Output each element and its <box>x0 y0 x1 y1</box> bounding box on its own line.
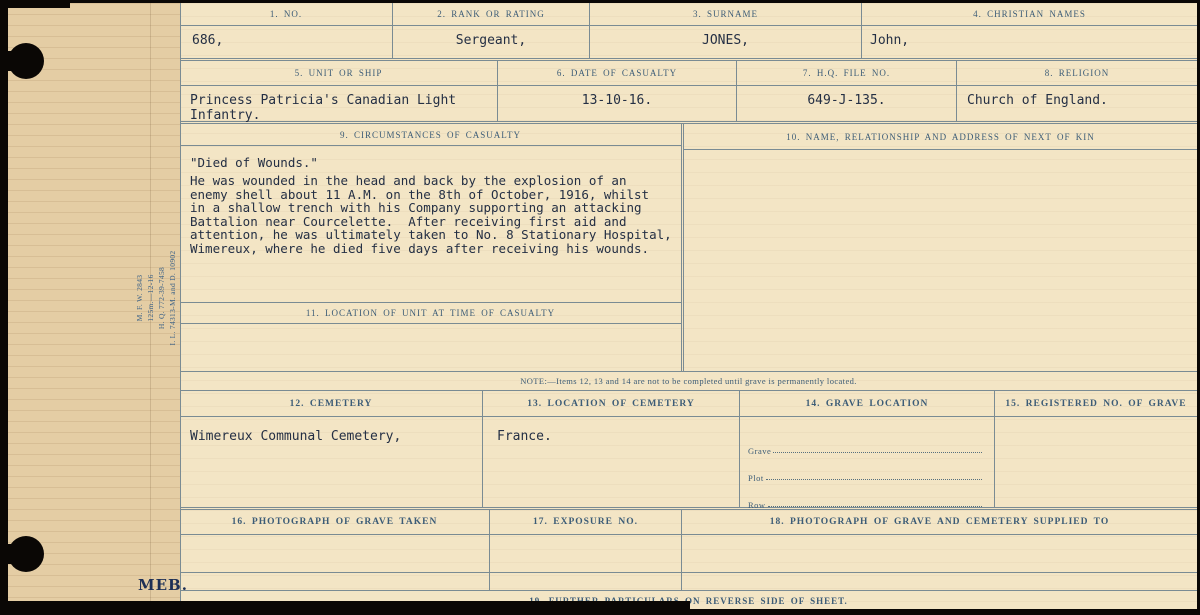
scan-border-bottom-right <box>690 609 1200 615</box>
section-circumstances-label: 9. CIRCUMSTANCES OF CASUALTY <box>180 124 681 146</box>
field-unit-value: Princess Patricia's Canadian Light Infan… <box>180 93 497 123</box>
spacer-cell <box>490 573 682 590</box>
field-no-label: 1. NO. <box>180 3 392 26</box>
grave-location-lines: Grave Plot Row <box>740 417 994 510</box>
field-religion: 8. RELIGION Church of England. <box>957 61 1197 121</box>
circumstances-text: He was wounded in the head and back by t… <box>190 174 681 256</box>
field-cemetery: 12. CEMETERY Wimereux Communal Cemetery, <box>180 391 483 507</box>
field-cemetery-location-label: 13. LOCATION OF CEMETERY <box>483 391 739 417</box>
field-hq-file-no: 7. H.Q. FILE NO. 649-J-135. <box>737 61 957 121</box>
field-surname-value: JONES, <box>590 33 861 48</box>
note-items-12-14: NOTE:—Items 12, 13 and 14 are not to be … <box>180 371 1197 391</box>
form-ref-line-2: 125m.—12-16 <box>145 243 156 353</box>
grave-line-label: Grave <box>748 446 771 456</box>
row-identity: 1. NO. 686, 2. RANK OR RATING Sergeant, … <box>180 3 1197 61</box>
section-circumstances: 9. CIRCUMSTANCES OF CASUALTY "Died of Wo… <box>180 124 684 371</box>
field-hq-file-no-value: 649-J-135. <box>737 93 956 108</box>
field-photo-supplied-to-label: 18. PHOTOGRAPH OF GRAVE AND CEMETERY SUP… <box>682 510 1197 535</box>
field-registered-grave-no-label: 15. REGISTERED NO. OF GRAVE <box>995 391 1197 417</box>
section-location-of-unit-label: 11. LOCATION OF UNIT AT TIME OF CASUALTY <box>180 302 681 324</box>
field-no-value: 686, <box>180 33 392 48</box>
plot-line-label: Plot <box>748 473 764 483</box>
scan-border-left <box>0 0 8 615</box>
field-cemetery-value: Wimereux Communal Cemetery, <box>180 429 482 444</box>
row-cemetery: 12. CEMETERY Wimereux Communal Cemetery,… <box>180 391 1197 510</box>
form-ref-line-4: I. L. 74313-M. and D. 10902 <box>167 243 178 353</box>
field-photo-supplied-to: 18. PHOTOGRAPH OF GRAVE AND CEMETERY SUP… <box>682 510 1197 572</box>
field-grave-location: 14. GRAVE LOCATION Grave Plot Row <box>740 391 995 507</box>
row-spacer <box>180 573 1197 591</box>
spacer-cell <box>180 573 490 590</box>
form-reference-lines: M. F. W. 2843 125m.—12-16 H. Q. 772-39-7… <box>134 243 178 353</box>
scan-border-top <box>0 0 1200 3</box>
field-date-of-casualty-label: 6. DATE OF CASUALTY <box>498 61 736 86</box>
punch-hole-top-stub <box>0 51 18 71</box>
field-surname: 3. SURNAME JONES, <box>590 3 862 58</box>
form-ref-line-1: M. F. W. 2843 <box>134 243 145 353</box>
field-religion-label: 8. RELIGION <box>957 61 1197 86</box>
scan-border-top-left <box>0 0 70 8</box>
form-reference-vertical-print: M. F. W. 2843 125m.—12-16 H. Q. 772-39-7… <box>134 243 178 353</box>
grave-dotted-rule <box>773 452 982 453</box>
plot-dotted-rule <box>766 479 982 480</box>
row-line: Row <box>748 483 984 510</box>
spacer-cell <box>682 573 1197 590</box>
field-religion-value: Church of England. <box>957 93 1197 108</box>
field-exposure-no: 17. EXPOSURE NO. <box>490 510 682 572</box>
field-hq-file-no-label: 7. H.Q. FILE NO. <box>737 61 956 86</box>
field-exposure-no-label: 17. EXPOSURE NO. <box>490 510 681 535</box>
row-photograph: 16. PHOTOGRAPH OF GRAVE TAKEN 17. EXPOSU… <box>180 510 1197 573</box>
row-line-label: Row <box>748 500 766 510</box>
field-rank-label: 2. RANK OR RATING <box>393 3 589 26</box>
grave-line: Grave <box>748 429 984 456</box>
field-christian-names-label: 4. CHRISTIAN NAMES <box>862 3 1197 26</box>
scan-border-bottom-left <box>0 601 690 615</box>
field-unit: 5. UNIT OR SHIP Princess Patricia's Cana… <box>180 61 498 121</box>
field-date-of-casualty: 6. DATE OF CASUALTY 13-10-16. <box>498 61 737 121</box>
field-surname-label: 3. SURNAME <box>590 3 861 26</box>
plot-line: Plot <box>748 456 984 483</box>
section-next-of-kin: 10. NAME, RELATIONSHIP AND ADDRESS OF NE… <box>684 124 1197 371</box>
field-rank-value: Sergeant, <box>393 33 589 48</box>
field-christian-names: 4. CHRISTIAN NAMES John, <box>862 3 1197 58</box>
field-registered-grave-no: 15. REGISTERED NO. OF GRAVE <box>995 391 1197 507</box>
field-cemetery-label: 12. CEMETERY <box>180 391 482 417</box>
field-grave-location-label: 14. GRAVE LOCATION <box>740 391 994 417</box>
field-cemetery-location: 13. LOCATION OF CEMETERY France. <box>483 391 740 507</box>
form-ref-line-3: H. Q. 772-39-7458 <box>156 243 167 353</box>
field-cemetery-location-value: France. <box>483 429 739 444</box>
row-circumstances: 9. CIRCUMSTANCES OF CASUALTY "Died of Wo… <box>180 124 1197 371</box>
reviewer-initials-stamp: MEB. <box>138 576 188 594</box>
section-next-of-kin-label: 10. NAME, RELATIONSHIP AND ADDRESS OF NE… <box>684 124 1197 150</box>
field-date-of-casualty-value: 13-10-16. <box>498 93 736 108</box>
field-photo-taken: 16. PHOTOGRAPH OF GRAVE TAKEN <box>180 510 490 572</box>
row-unit: 5. UNIT OR SHIP Princess Patricia's Cana… <box>180 61 1197 124</box>
row-dotted-rule <box>768 506 982 507</box>
field-photo-taken-label: 16. PHOTOGRAPH OF GRAVE TAKEN <box>180 510 489 535</box>
field-no: 1. NO. 686, <box>180 3 393 58</box>
field-unit-label: 5. UNIT OR SHIP <box>180 61 497 86</box>
punch-hole-bottom-stub <box>0 544 18 564</box>
field-christian-names-value: John, <box>862 33 1197 48</box>
field-rank: 2. RANK OR RATING Sergeant, <box>393 3 590 58</box>
circumstances-quote: "Died of Wounds." <box>190 155 681 170</box>
